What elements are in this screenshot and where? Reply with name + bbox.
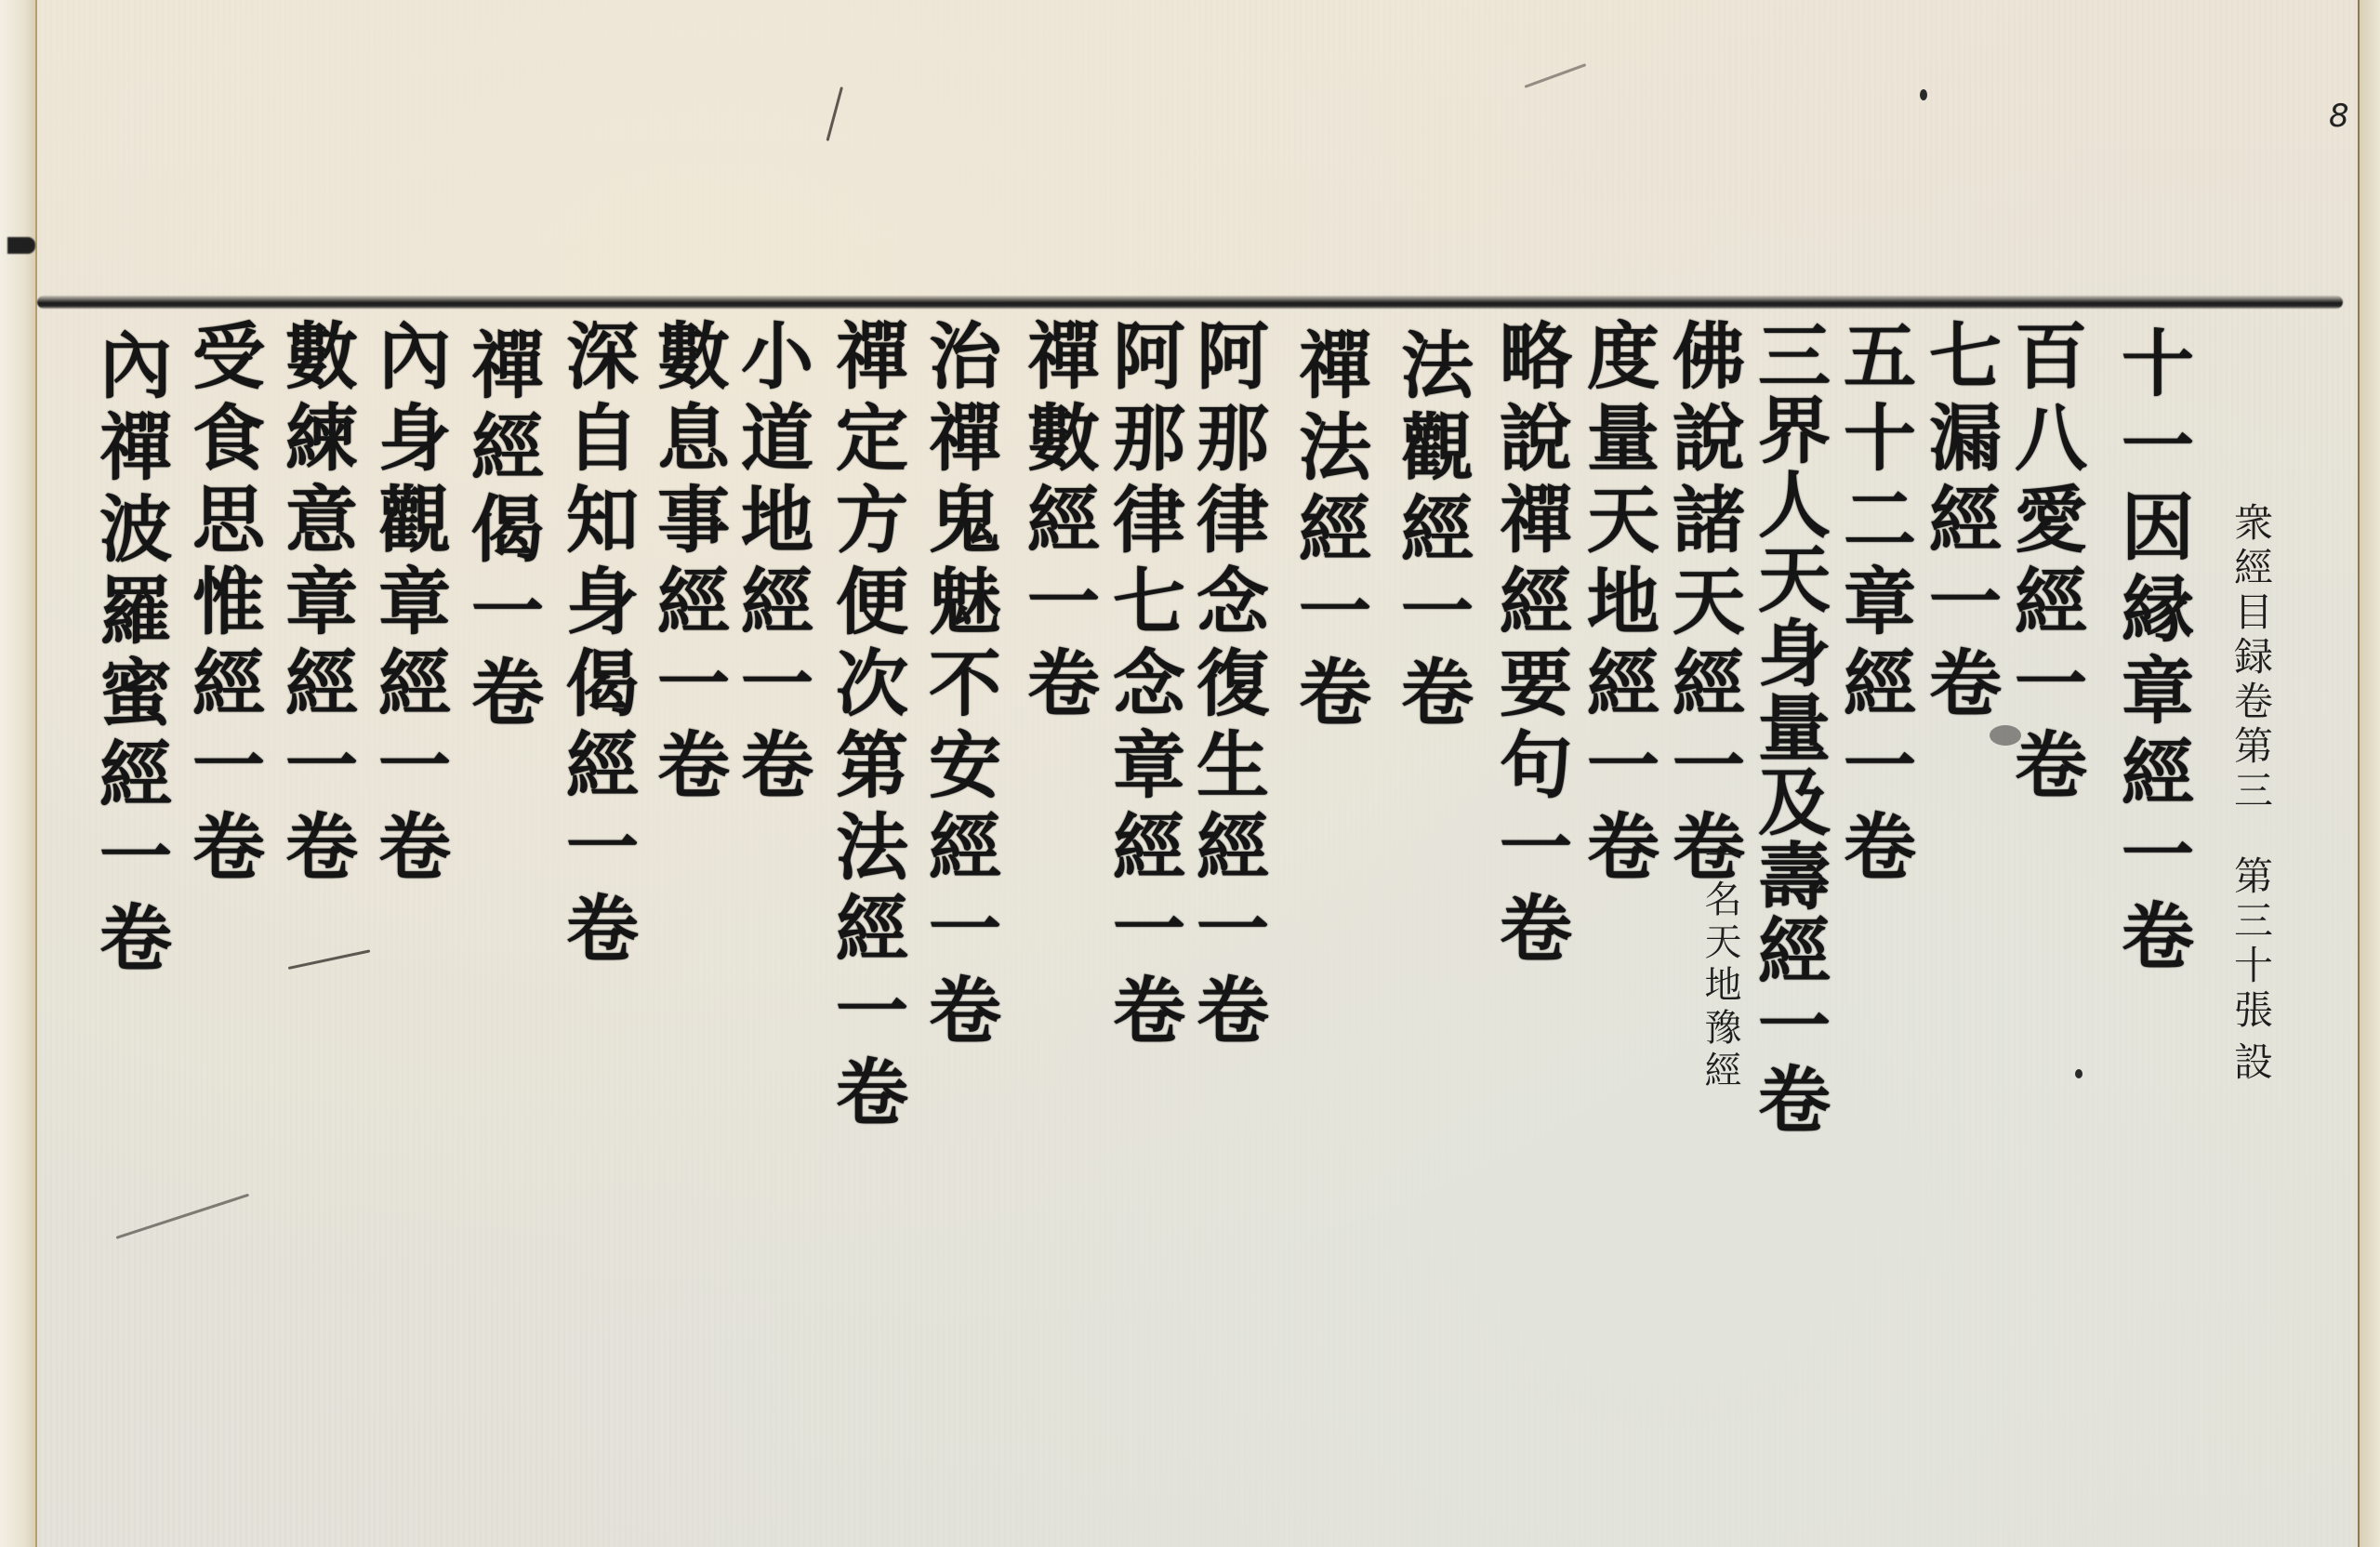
catalogue-entry: 五十二章經一卷 xyxy=(1837,318,1910,891)
paper-fiber xyxy=(1524,63,1586,88)
catalogue-entry: 七漏經一卷 xyxy=(1923,318,1995,727)
margin-folio-number: 第三十張 xyxy=(2231,855,2270,1034)
ink-speck xyxy=(1920,89,1927,100)
border-rule-stub xyxy=(7,237,35,254)
right-page-edge xyxy=(2358,0,2380,1547)
catalogue-entry: 略說禪經要句一卷 xyxy=(1493,318,1566,972)
paper-fiber xyxy=(288,949,371,970)
catalogue-entry: 治禪鬼魅不安經一卷 xyxy=(922,318,995,1054)
ink-speck xyxy=(2075,1069,2082,1078)
catalogue-entry: 百八愛經一卷 xyxy=(2008,318,2081,809)
catalogue-entry: 內禪波羅蜜經一卷 xyxy=(93,327,165,982)
catalogue-entry: 禪經偈一卷 xyxy=(465,327,537,736)
pencil-folio-mark: 8 xyxy=(2329,98,2349,135)
catalogue-entry: 法觀經一卷 xyxy=(1395,327,1467,736)
margin-carver-mark: 設 xyxy=(2231,1041,2270,1086)
catalogue-entry: 深自知身偈經一卷 xyxy=(560,318,632,972)
top-border-rule xyxy=(37,296,2343,309)
catalogue-entry: 阿那律念復生經一卷 xyxy=(1190,318,1263,1054)
paper-fiber xyxy=(826,86,843,141)
margin-title: 衆經目録卷第三 xyxy=(2231,502,2270,814)
catalogue-entry: 禪定方便次第法經一卷 xyxy=(829,318,902,1136)
entry-alternate-title-note: 一名天地豫經 xyxy=(1701,837,1739,1093)
document-page: 8 衆經目録卷第三 第三十張 設 十一因縁章經一卷 百八愛經一卷 七漏經一卷 五… xyxy=(0,0,2380,1547)
catalogue-entry: 禪法經一卷 xyxy=(1292,327,1365,736)
catalogue-entry: 三界人天身量及壽經一卷 xyxy=(1752,318,1824,1136)
catalogue-entry: 小道地經一卷 xyxy=(734,318,807,809)
catalogue-entry: 禪數經一卷 xyxy=(1021,318,1093,727)
catalogue-entry: 度量天地經一卷 xyxy=(1580,318,1653,891)
catalogue-entry: 受食思惟經一卷 xyxy=(186,318,258,891)
catalogue-entry: 內身觀章經一卷 xyxy=(372,318,444,891)
catalogue-entry: 十一因縁章經一卷 xyxy=(2115,325,2188,980)
catalogue-entry: 數息事經一卷 xyxy=(651,318,723,809)
catalogue-entry: 阿那律七念章經一卷 xyxy=(1106,318,1179,1054)
catalogue-entry: 數練意章經一卷 xyxy=(279,318,351,891)
catalogue-entry: 佛說諸天經一卷 xyxy=(1666,318,1739,891)
paper-fiber xyxy=(116,1194,250,1239)
left-page-edge xyxy=(0,0,37,1547)
